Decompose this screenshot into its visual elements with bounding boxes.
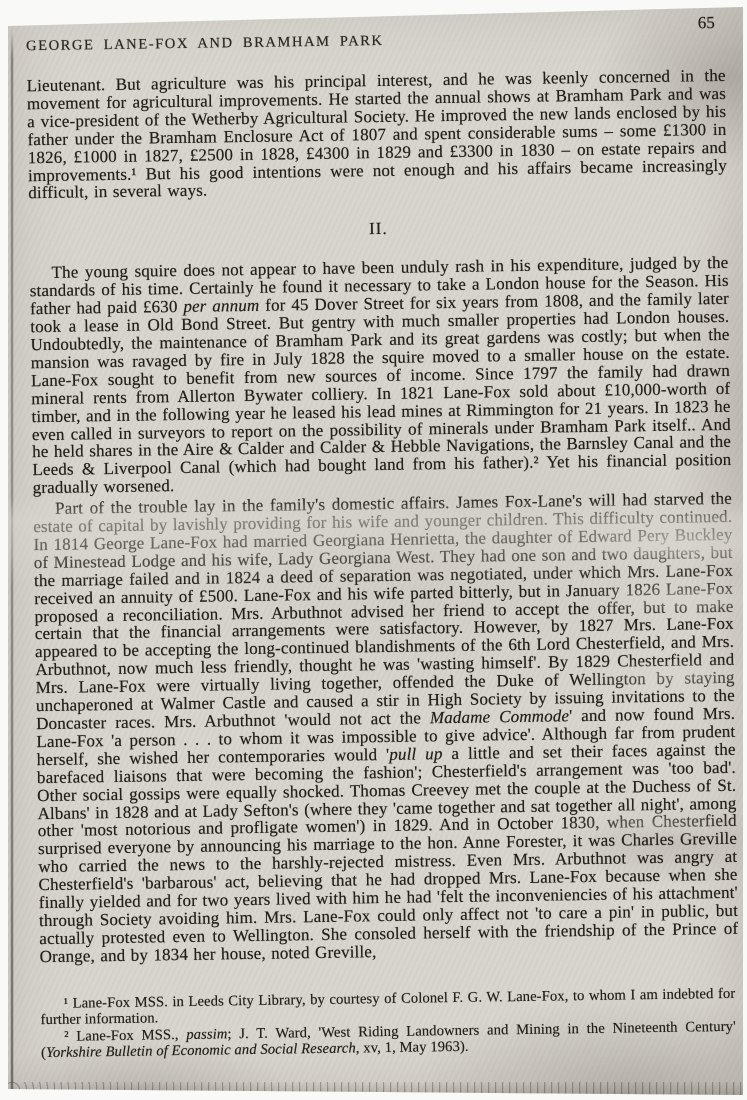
footnotes: ¹ Lane-Fox MSS. in Leeds City Library, b…: [40, 985, 740, 1062]
page-header: GEORGE LANE-FOX AND BRAMHAM PARK 65: [26, 25, 725, 55]
text-run: ² Lane-Fox MSS.,: [64, 1027, 186, 1045]
paragraph: Lieutenant. But agriculture was his prin…: [27, 67, 728, 203]
paragraph: Part of the trouble lay in the family's …: [33, 490, 739, 966]
scanned-book-page: GEORGE LANE-FOX AND BRAMHAM PARK 65 Lieu…: [0, 0, 747, 1100]
text-run: for 45 Dover Street for six years from 1…: [30, 289, 731, 497]
scan-gutter-line: [11, 30, 13, 1094]
text-run: Part of the trouble lay in the family's …: [33, 489, 735, 733]
running-head: GEORGE LANE-FOX AND BRAMHAM PARK: [26, 33, 384, 55]
page-content: GEORGE LANE-FOX AND BRAMHAM PARK 65 Lieu…: [26, 25, 740, 1062]
italic-text: passim: [186, 1026, 227, 1043]
section-heading: II.: [29, 214, 728, 244]
paper-background: GEORGE LANE-FOX AND BRAMHAM PARK 65 Lieu…: [8, 0, 743, 1098]
text-run: Lieutenant. But agriculture was his prin…: [27, 66, 728, 203]
italic-text: Yorkshire Bulletin of Economic and Socia…: [46, 1041, 356, 1062]
text-run: a little and set their faces against the…: [37, 740, 739, 966]
body-text: Lieutenant. But agriculture was his prin…: [27, 67, 739, 966]
page-number: 65: [698, 13, 715, 33]
italic-text: pull up: [389, 744, 443, 764]
paragraph: The young squire does not appear to have…: [29, 254, 731, 497]
text-run: , xv, 1, May 1963).: [356, 1039, 469, 1057]
